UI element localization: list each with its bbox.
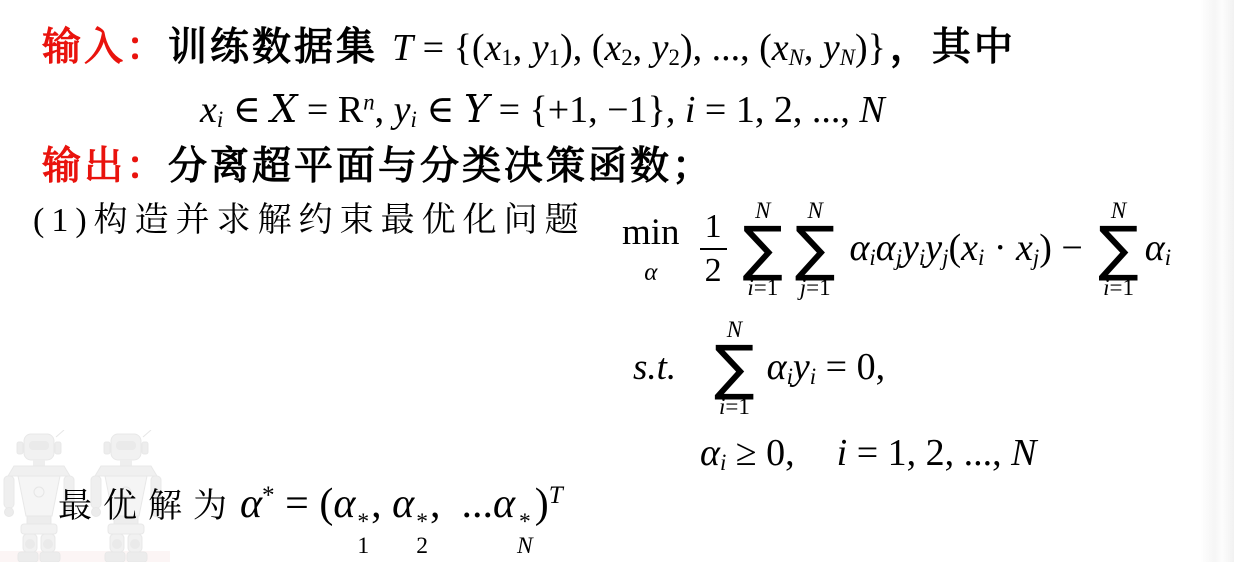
dataset-formula: T = {(x1, y1), (x2, y2), ..., (xN, yN)} — [392, 25, 886, 73]
input-suffix: ，其中 — [890, 24, 1016, 73]
sum-lower-limit: i=1 — [747, 275, 778, 300]
one-half-fraction: 1 2 — [700, 206, 727, 293]
optimal-solution-line: 最优解为 α* = (α*1, α*2, ...α*N)T — [58, 478, 563, 559]
min-operator: min α — [622, 210, 680, 288]
sum-lower-limit: i=1 — [719, 394, 750, 419]
min-under: α — [644, 257, 657, 288]
sum-operator-j: N ∑ j=1 — [795, 198, 835, 301]
input-line: 输入： 训练数据集 T = {(x1, y1), (x2, y2), ..., … — [42, 24, 1016, 73]
constraint2-expression: αi ≥ 0,i = 1, 2, ..., N — [700, 430, 1037, 478]
output-line: 输出： 分离超平面与分类决策函数； — [42, 143, 714, 192]
slide-page: 输入： 训练数据集 T = {(x1, y1), (x2, y2), ..., … — [0, 0, 1234, 562]
objective-formula: min α 1 2 N ∑ i=1 N ∑ j=1 αiαjyiyj(xi · … — [622, 194, 1171, 304]
step1-text: (1)构造并求解约束最优化问题 — [33, 199, 586, 243]
constraint1-expression: αiyi = 0, — [767, 344, 885, 392]
objective-middle: αiαjyiyj(xi · xj) − — [849, 225, 1092, 273]
sum-operator-i: N ∑ i=1 — [743, 198, 783, 301]
optimal-formula: α* = (α*1, α*2, ...α*N)T — [240, 478, 563, 559]
sum-lower-limit: i=1 — [1103, 275, 1134, 300]
sigma-icon: ∑ — [743, 223, 783, 275]
sum-lower-limit: j=1 — [800, 275, 831, 300]
min-label: min — [622, 210, 680, 256]
output-body: 分离超平面与分类决策函数； — [168, 143, 714, 192]
sum-operator-i2: N ∑ i=1 — [1098, 198, 1138, 301]
subject-to-label: s.t. — [633, 345, 676, 391]
optimal-prefix: 最优解为 — [58, 485, 238, 529]
constraint-formula: s.t. N ∑ i=1 αiyi = 0, — [633, 314, 885, 422]
input-dataset-label: 训练数据集 — [168, 24, 378, 73]
sigma-icon: ∑ — [714, 342, 754, 394]
domain-formula: xi ∈ X = Rn, yi ∈ Y = {+1, −1}, i = 1, 2… — [200, 86, 885, 135]
sigma-icon: ∑ — [1098, 223, 1138, 275]
input-label: 输入： — [42, 24, 168, 73]
sum-operator-st: N ∑ i=1 — [714, 317, 754, 420]
objective-tail: αi — [1145, 225, 1171, 273]
fraction-denominator: 2 — [700, 248, 727, 293]
fraction-numerator: 1 — [700, 206, 727, 249]
output-label: 输出： — [42, 143, 168, 192]
sigma-icon: ∑ — [795, 223, 835, 275]
page-edge-shadow — [1200, 0, 1234, 562]
